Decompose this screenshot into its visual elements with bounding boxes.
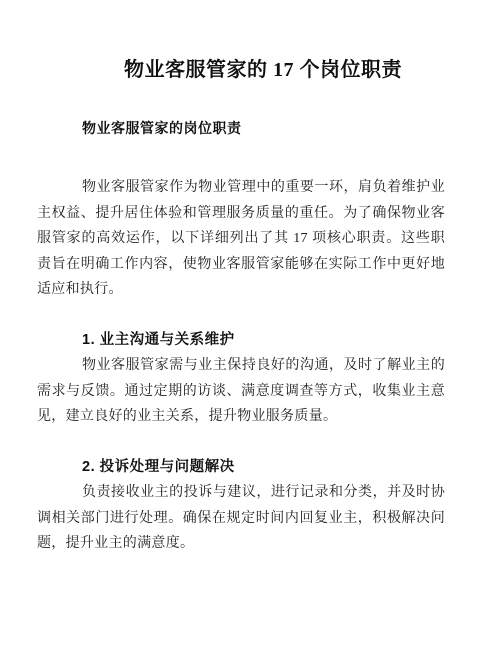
- section-2-heading: 2. 投诉处理与问题解决: [37, 455, 445, 481]
- section-1-heading: 1. 业主沟通与关系维护: [37, 328, 445, 354]
- section-1-paragraph: 物业客服管家需与业主保持良好的沟通，及时了解业主的需求与反馈。通过定期的访谈、满…: [37, 353, 445, 430]
- document-title: 物业客服管家的 17 个岗位职责: [37, 57, 445, 83]
- document-page: 物业客服管家的 17 个岗位职责 物业客服管家的岗位职责 物业客服管家作为物业管…: [0, 0, 500, 647]
- section-2-paragraph: 负责接收业主的投诉与建议，进行记录和分类，并及时协调相关部门进行处理。确保在规定…: [37, 480, 445, 557]
- document-subtitle: 物业客服管家的岗位职责: [37, 119, 445, 137]
- intro-paragraph: 物业客服管家作为物业管理中的重要一环，肩负着维护业主权益、提升居住体验和管理服务…: [37, 175, 445, 303]
